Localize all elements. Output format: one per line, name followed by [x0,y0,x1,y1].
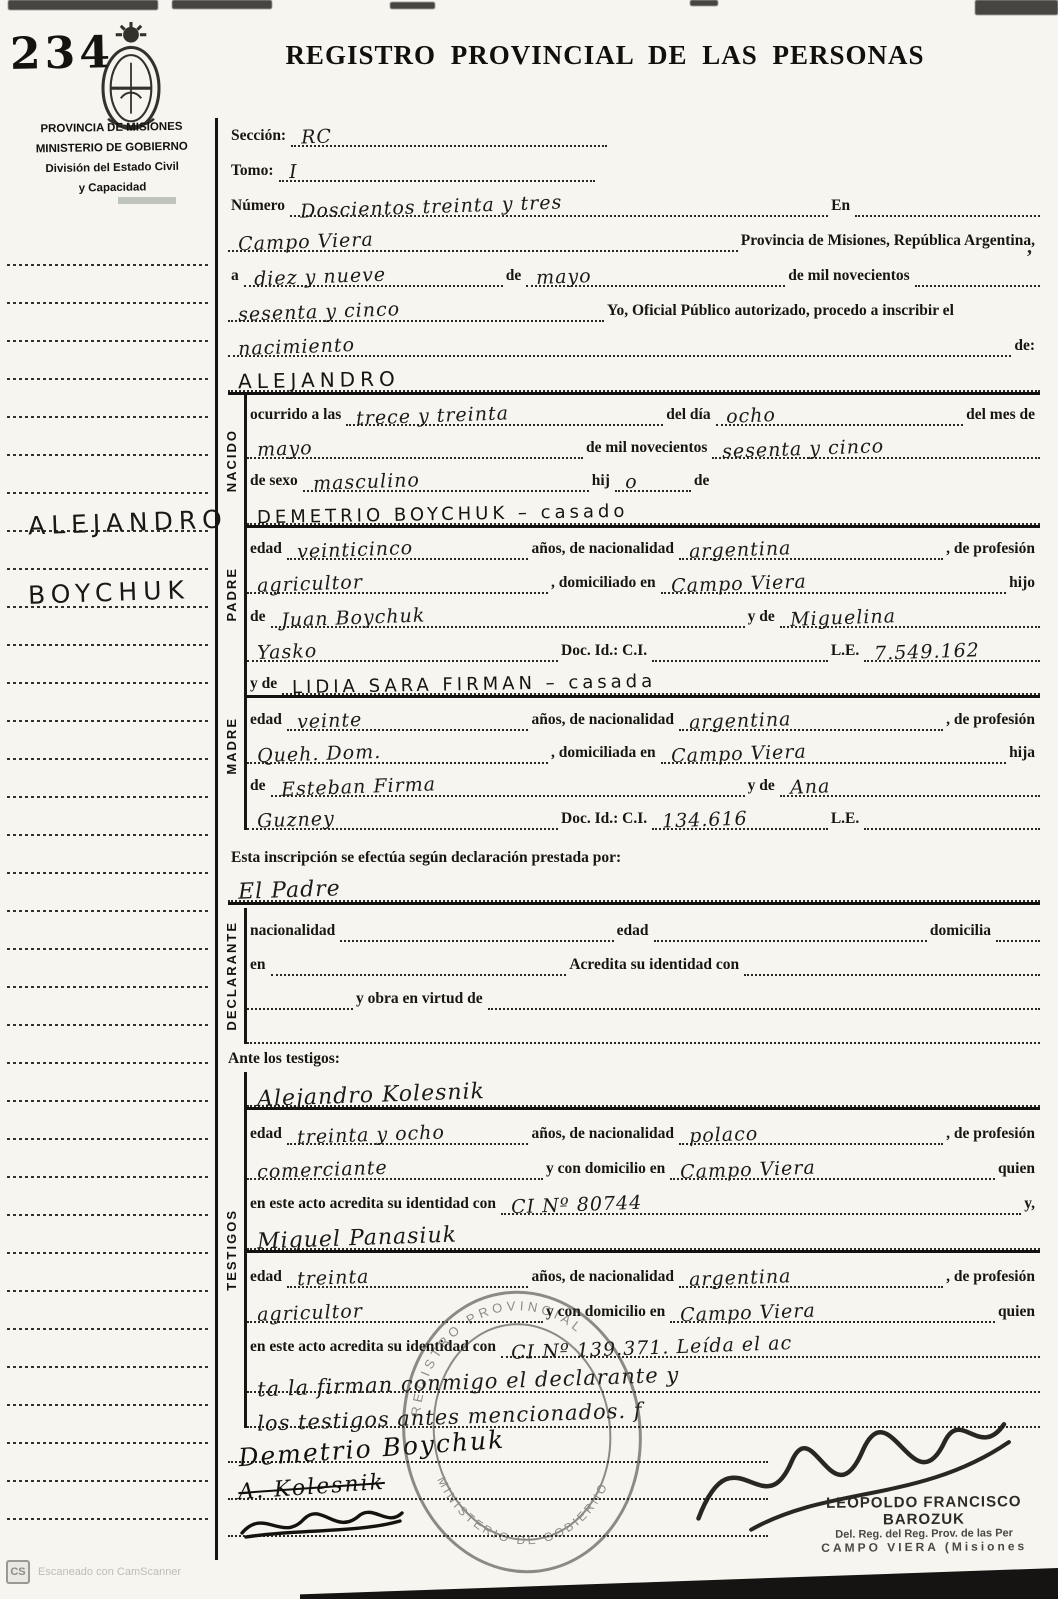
form-label: a [228,267,244,287]
witness2-name: Miguel Panasiuk [257,1223,458,1255]
handwritten-value: argentina [689,708,792,734]
form-label: años, de nacionalidad [528,1125,679,1145]
form-label: , domiciliada en [548,744,661,764]
issuing-org: PROVINCIA DE MISIONES MINISTERIO DE GOBI… [13,116,210,200]
form-label: Yo, Oficial Público autorizado, procedo … [604,302,959,322]
handwritten-value: CI Nº 80744 [511,1192,643,1219]
form-label: Tomo: [228,162,279,182]
scan-artifact [690,0,718,6]
field-line: Esteban Firma [271,773,745,797]
handwritten-value: agricultor [257,1300,363,1326]
handwritten-value: Miguelina [789,605,896,631]
field-line: nacimiento [228,333,1011,357]
form-label: y de [247,675,282,695]
field-line: Campo Viera [661,570,1007,594]
handwritten-value: I [288,161,297,183]
form-label: de: [1011,337,1040,357]
form-label: , de profesión [943,1268,1040,1288]
field-line: veinte [287,707,529,731]
section-madre: MADRE y de LIDIA SARA FIRMAN – casada ed… [218,662,1040,830]
svg-text:REGISTRO PROVINCIAL: REGISTRO PROVINCIAL [395,1289,595,1418]
handwritten-value: masculino [313,469,421,495]
form-label: En [828,197,855,217]
section-bracket: NACIDO [218,393,247,528]
section-vertical-label: DECLARANTE [224,921,239,1031]
field-line: argentina [679,1264,943,1288]
form-label: , de profesión [943,540,1040,560]
handwritten-value: veinte [297,709,363,733]
handwritten-value: comerciante [257,1157,388,1184]
field-line: masculino [303,468,589,492]
form-label: Doc. Id.: C.I. [558,642,652,662]
field-row: en este acto acredita su identidad con C… [247,1323,1040,1358]
handwritten-value: Queh. Dom. [257,741,382,767]
handwritten-value: argentina [689,1265,792,1291]
form-label: y con domicilio en [543,1160,670,1180]
field-row: ocurrido a las trece y treinta del día o… [247,393,1040,426]
field-line: argentina [679,707,943,731]
field-row: agricultor y con domicilio en Campo Vier… [247,1288,1040,1323]
field-line: sesenta y cinco [228,298,604,322]
registry-seal-icon: REGISTRO PROVINCIAL MINISTERIO DE GOBIER… [375,1267,670,1596]
registered-name: ALEJANDRO [238,367,400,394]
field-row: de sexo masculino hij o de [247,459,1040,492]
form-label: Provincia de Misiones, República Argenti… [738,232,1040,252]
form-label: en este acto acredita su identidad con [247,1195,501,1215]
field-line: ocho [716,402,964,426]
field-row: Sección: RC [228,112,1040,147]
mother-name: LIDIA SARA FIRMAN – casada [292,671,656,698]
section-vertical-label: MADRE [224,717,239,775]
form-label: hija [1006,744,1040,764]
field-line: trece y treinta [346,402,663,426]
field-line: treinta y ocho [287,1121,529,1145]
registrar-stamp: LEOPOLDO FRANCISCO BAROZUK Del. Reg. del… [790,1493,1058,1555]
handwritten-value: Yasko [257,640,318,664]
form-label: edad [247,1125,287,1145]
field-row [247,1010,1040,1044]
field-line: Yasko [247,638,558,662]
field-line: Campo Viera [670,1156,995,1180]
scan-artifact [8,0,158,10]
handwritten-value: veinticinco [297,537,414,563]
handwritten-value: RC [301,125,333,148]
field-line: veinticinco [287,536,529,560]
field-row: Guzney Doc. Id.: C.I. 134.616 L.E. [247,797,1040,830]
section-vertical-label: NACIDO [224,429,239,492]
form-label: ocurrido a las [247,406,346,426]
form-label: del día [663,406,715,426]
seal-arc-top-text: REGISTRO PROVINCIAL [395,1289,595,1418]
handwritten-value: mayo [257,437,313,461]
field-row: nacimiento de: [228,322,1040,357]
form-label: Acredita su identidad con [566,956,744,976]
form-label: y de [745,777,780,797]
handwritten-value: mayo [536,265,592,289]
form-label: de mil novecientos [583,439,712,459]
org-line: MINISTERIO DE GOBIERNO [14,136,210,160]
field-line: diez y nueve [244,263,503,287]
scanner-watermark: CS Escaneado con CamScanner [6,1560,181,1584]
field-line: comerciante [247,1156,543,1180]
form-label: edad [247,711,287,731]
field-line: Campo Viera [670,1299,995,1323]
field-row: de Esteban Firma y de Ana [247,764,1040,797]
form-label: y, [1021,1195,1040,1215]
field-line-empty [864,828,1040,830]
field-row: en Acredita su identidad con [247,942,1040,976]
camscanner-logo-icon: CS [6,1560,30,1584]
scan-artifact [172,0,272,9]
handwritten-value: ocho [725,404,776,428]
field-line: ALEJANDRO [228,366,1040,392]
form-label: , domiciliado en [548,574,661,594]
field-line: Miguelina [780,604,1040,628]
field-row: Esta inscripción se efectúa según declar… [228,836,1040,869]
svg-text:MINISTERIO DE GOBIERNO: MINISTERIO DE GOBIERNO [434,1455,618,1558]
form-label: de [247,608,271,628]
field-row: mayo de mil novecientos sesenta y cinco [247,426,1040,459]
field-row: edad veinticinco años, de nacionalidad a… [247,526,1040,560]
section-bracket: MADRE [218,662,247,830]
field-line: Ana [780,773,1040,797]
field-line: El Padre [228,875,1040,902]
handwritten-value: 134.616 [662,808,748,833]
seal-arc-bottom-text: MINISTERIO DE GOBIERNO [434,1455,618,1558]
form-label: de mil novecientos [785,267,914,287]
handwritten-value: Campo Viera [670,741,806,768]
form-label: L.E. [828,642,864,662]
signature-scrawl-icon [238,1503,408,1543]
form-label: domicilia [927,922,996,942]
field-line: Guzney [247,806,558,830]
field-line: mayo [247,435,583,459]
form-label: , de profesión [943,1125,1040,1145]
field-row: nacionalidad edad domicilia [247,908,1040,942]
handwritten-value: o [625,471,638,493]
field-line: I [279,158,595,182]
handwritten-value: Ana [789,775,830,798]
field-line: argentina [679,536,943,560]
form-label: Número [228,197,290,217]
handwritten-value: 7.549.162 [874,639,980,665]
section-encabezado: Sección: RC Tomo: I Número Doscientos tr… [228,112,1040,395]
field-row: Miguel Panasiuk [247,1215,1040,1253]
form-label: L.E. [828,810,864,830]
handwritten-value: nacimiento [238,334,356,360]
field-line: CI Nº 80744 [501,1191,1021,1215]
form-label: quien [995,1160,1040,1180]
section-bracket: PADRE [218,526,247,662]
form-label: hij [589,472,615,492]
form-label: años, de nacionalidad [528,711,679,731]
form-label: de sexo [247,472,303,492]
field-row: Número Doscientos treinta y tres En [228,182,1040,217]
handwritten-value: Campo Viera [670,571,806,598]
witnesses-intro-label: Ante los testigos: [228,1050,340,1068]
field-row: y de LIDIA SARA FIRMAN – casada [247,662,1040,698]
field-line: sesenta y cinco [712,435,1040,459]
form-label: de [691,472,715,492]
field-row: agricultor , domiciliado en Campo Viera … [247,560,1040,594]
field-line: Miguel Panasiuk [247,1223,1040,1250]
form-label: de [503,267,527,287]
field-line: RC [291,123,607,147]
form-label: edad [247,540,287,560]
field-line: Juan Boychuk [271,604,745,628]
field-line: LIDIA SARA FIRMAN – casada [282,672,1040,695]
field-line: Campo Viera [661,740,1007,764]
section-padre: PADRE edad veinticinco años, de nacional… [218,526,1040,662]
field-row: Campo Viera Provincia de Misiones, Repúb… [228,217,1040,252]
org-underline-mark [118,197,176,204]
section-vertical-label: TESTIGOS [224,1209,239,1291]
registrar-name: LEOPOLDO FRANCISCO BAROZUK [790,1493,1058,1529]
handwritten-value: argentina [689,537,792,563]
field-row: Tomo: I [228,147,1040,182]
form-label: nacionalidad [247,922,340,942]
handwritten-value: polaco [689,1123,759,1147]
scanner-note: Escaneado con CamScanner [38,1566,181,1578]
field-row: edad veinte años, de nacionalidad argent… [247,698,1040,731]
form-label: del mes de [963,406,1040,426]
field-row: Alejandro Kolesnik [247,1072,1040,1110]
field-row: en este acto acredita su identidad con C… [247,1180,1040,1215]
form-label: Doc. Id.: C.I. [558,810,652,830]
form-label: edad [247,1268,287,1288]
field-row: y obra en virtud de [247,976,1040,1010]
section-nacido: NACIDO ocurrido a las trece y treinta de… [218,393,1040,528]
field-row: edad treinta años, de nacionalidad argen… [247,1253,1040,1288]
section-declarante: DECLARANTE nacionalidad edad domicilia e… [218,908,1040,1044]
handwritten-value: Guzney [257,808,335,833]
form-label: y de [745,608,780,628]
margin-dotted-lines [4,228,210,1550]
field-line-empty [247,1042,1040,1044]
field-line: mayo [526,263,785,287]
section-declaracion: Esta inscripción se efectúa según declar… [228,836,1040,905]
handwritten-value: agricultor [257,571,363,597]
field-line: 7.549.162 [864,638,1040,662]
org-line: y Capacidad [14,177,210,201]
page-title: REGISTRO PROVINCIAL DE LAS PERSONAS [250,40,960,71]
field-line: Alejandro Kolesnik [247,1080,1040,1107]
margin-name-last: BOYCHUK [28,575,191,610]
field-line: agricultor [247,570,548,594]
field-line: Queh. Dom. [247,740,548,764]
form-label: quien [995,1303,1040,1323]
field-line: Campo Viera [228,228,738,252]
field-row: edad treinta y ocho años, de nacionalida… [247,1110,1040,1145]
field-row: a diez y nueve de mayo de mil noveciento… [228,252,1040,287]
handwritten-value: diez y nueve [254,264,387,291]
field-row: DEMETRIO BOYCHUK – casado [247,492,1040,528]
scan-artifact [975,0,1058,15]
witness1-name: Alejandro Kolesnik [257,1079,486,1112]
form-label: de [247,777,271,797]
form-label: Sección: [228,127,291,147]
form-label: , de profesión [943,711,1040,731]
field-row: Yasko Doc. Id.: C.I. L.E. 7.549.162 [247,628,1040,662]
father-name: DEMETRIO BOYCHUK – casado [257,501,629,528]
field-row: ALEJANDRO [228,357,1040,395]
field-row: comerciante y con domicilio en Campo Vie… [247,1145,1040,1180]
scan-artifact [390,2,435,9]
field-line: Doscientos treinta y tres [290,193,828,217]
field-row: sesenta y cinco Yo, Oficial Público auto… [228,287,1040,322]
declarant-value: El Padre [238,876,341,905]
field-row: de Juan Boychuk y de Miguelina [247,594,1040,628]
field-line: 134.616 [652,806,828,830]
form-label: hijo [1006,574,1040,594]
field-line: DEMETRIO BOYCHUK – casado [247,502,1040,525]
form-label: y obra en virtud de [353,990,488,1010]
section-bracket: DECLARANTE [218,908,247,1044]
form-label: edad [614,922,654,942]
section-bracket: TESTIGOS [218,1072,247,1428]
handwritten-value: treinta [297,1266,370,1291]
field-row: El Padre [228,869,1040,905]
registrar-place: CAMPO VIERA (Misiones [790,1539,1058,1555]
form-label: Esta inscripción se efectúa según declar… [228,849,626,869]
section-vertical-label: PADRE [224,567,239,622]
form-label: en [247,956,271,976]
form-label: años, de nacionalidad [528,540,679,560]
field-line: o [615,468,691,492]
field-row: Queh. Dom. , domiciliada en Campo Viera … [247,731,1040,764]
field-line: polaco [679,1121,943,1145]
